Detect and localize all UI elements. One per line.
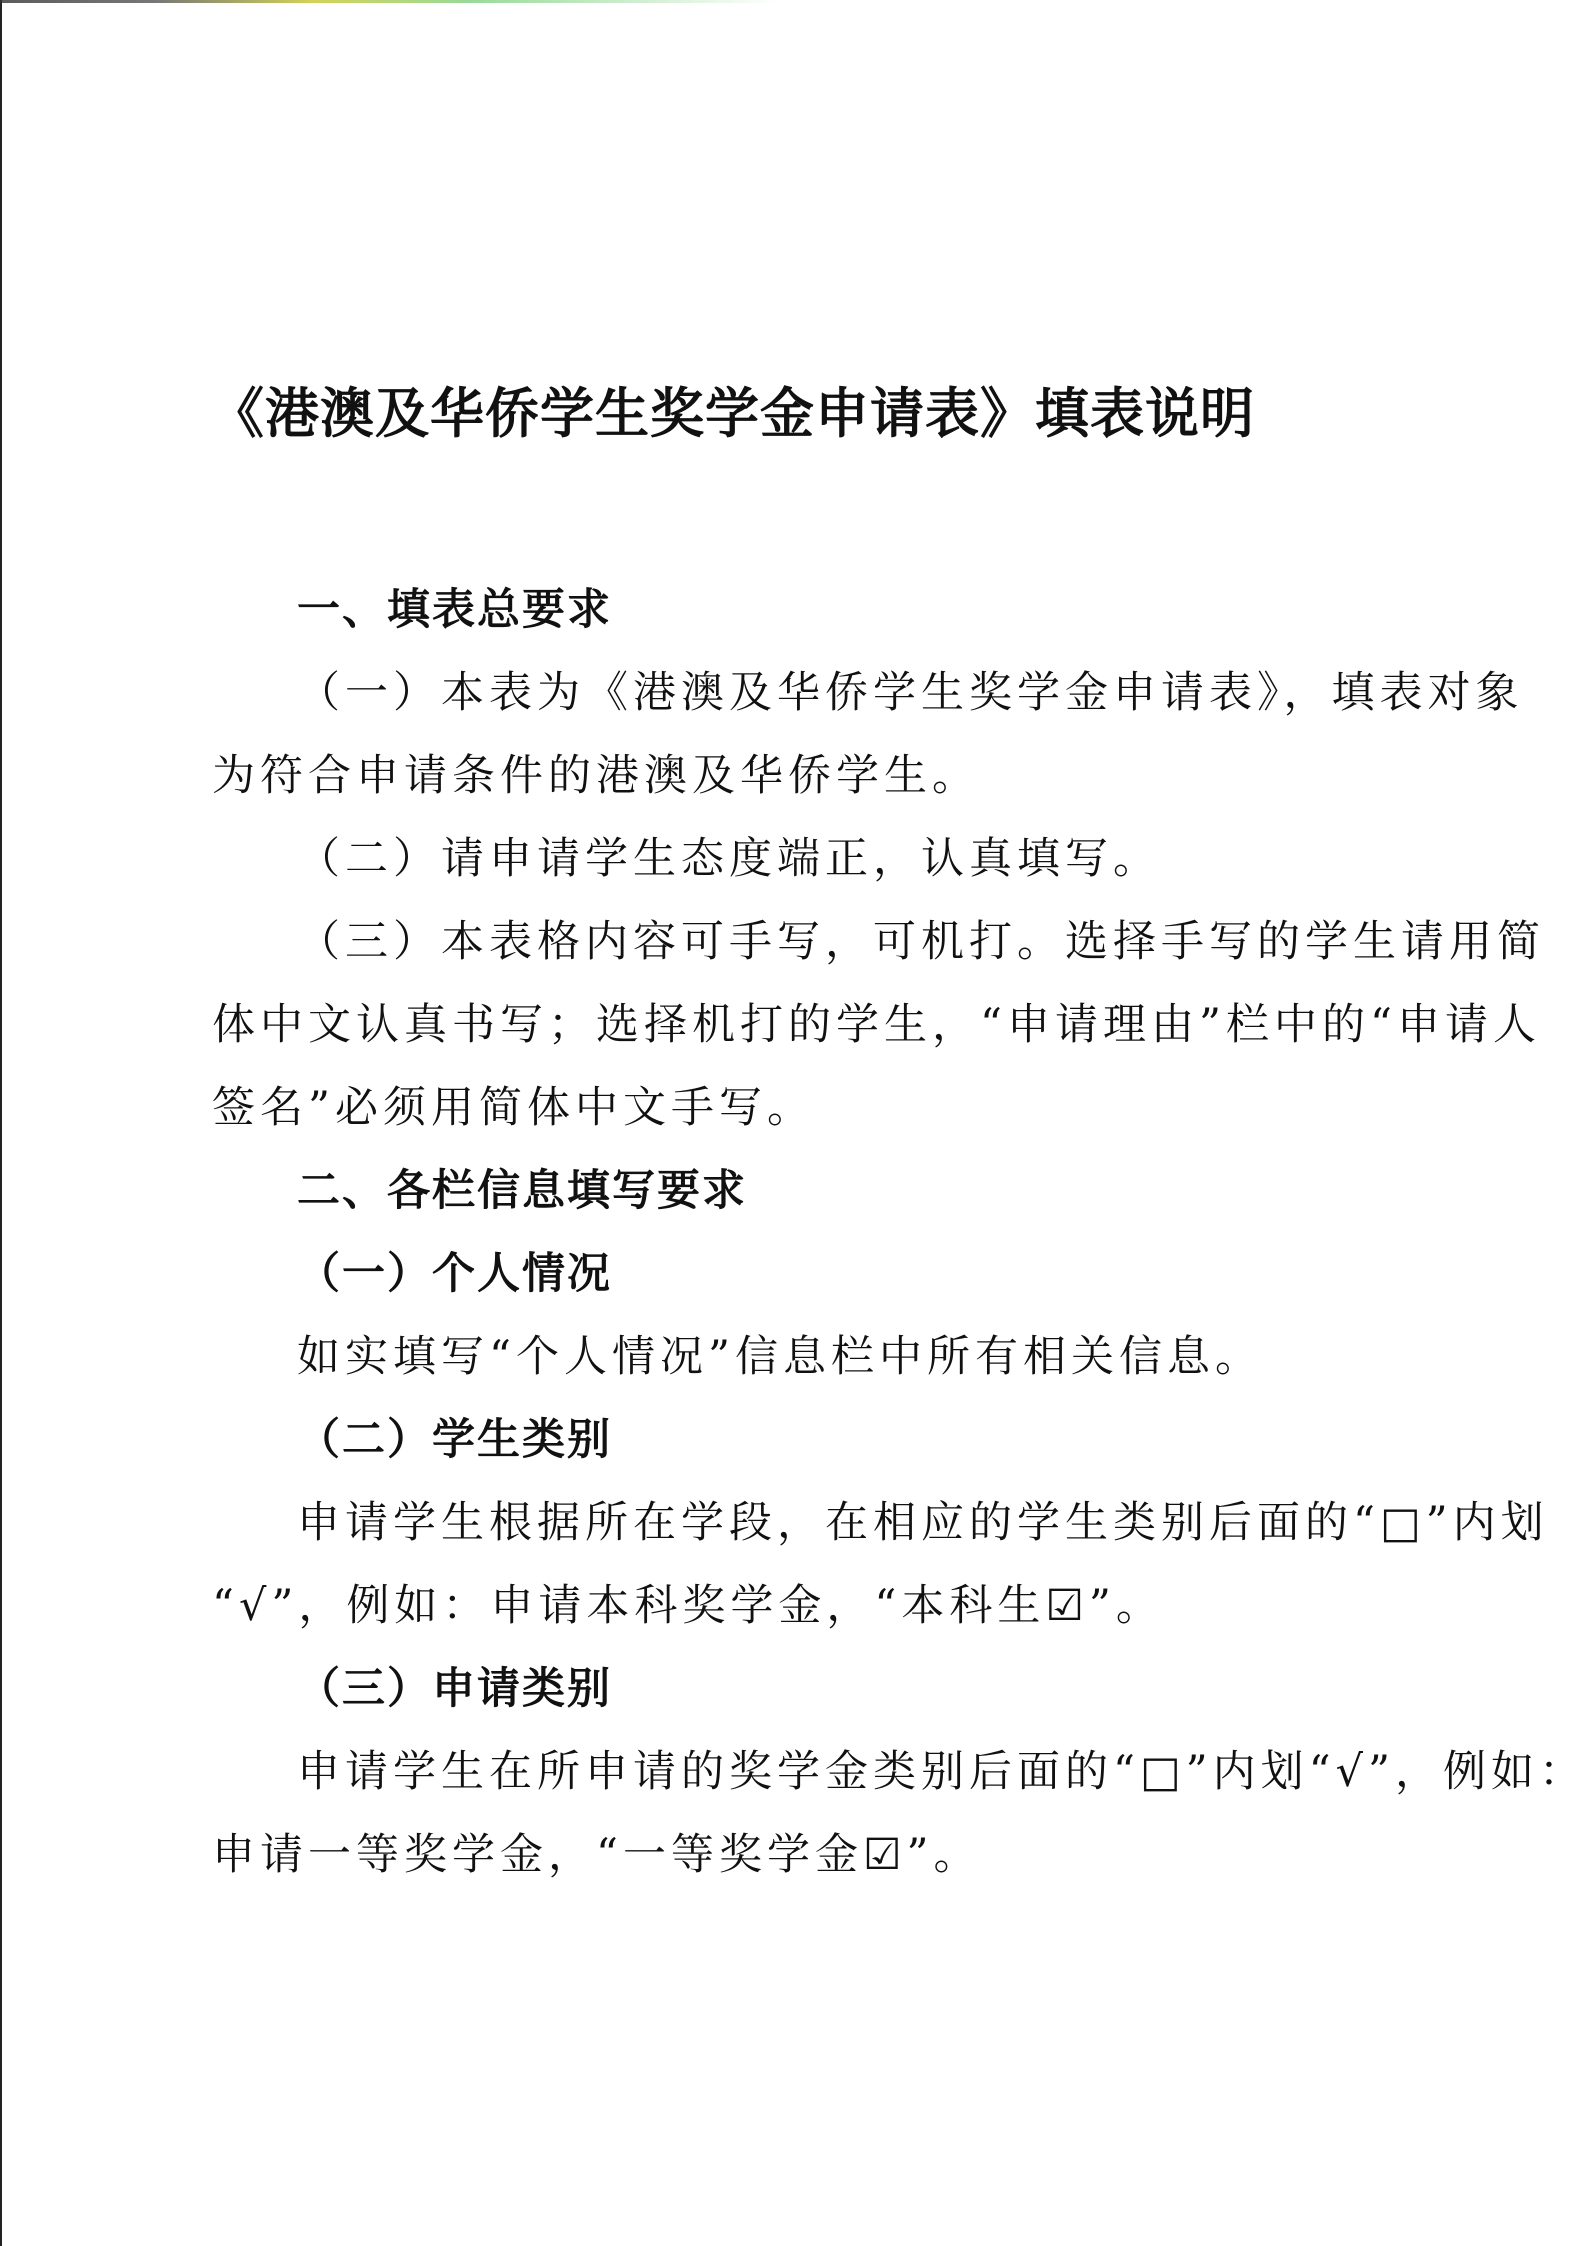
paragraph-line: 申请学生在所申请的奖学金类别后面的“□”内划“√”，例如：: [297, 1744, 1392, 1800]
section-heading-field-requirements: 二、各栏信息填写要求: [297, 1163, 747, 1219]
paragraph-line: 为符合申请条件的港澳及华侨学生。: [212, 748, 980, 804]
paragraph-line: （三）本表格内容可手写，可机打。选择手写的学生请用简: [297, 914, 1392, 970]
paragraph-line: 体中文认真书写；选择机打的学生，“申请理由”栏中的“申请人: [212, 997, 1392, 1053]
paragraph-line: 如实填写“个人情况”信息栏中所有相关信息。: [297, 1329, 1263, 1385]
paragraph-line: （二）请申请学生态度端正，认真填写。: [297, 831, 1161, 887]
paragraph-line: 申请学生根据所在学段，在相应的学生类别后面的“□”内划: [297, 1495, 1392, 1551]
paragraph-line: “√”，例如：申请本科奖学金，“本科生☑”。: [212, 1578, 1164, 1634]
subsection-heading-personal-info: （一）个人情况: [297, 1246, 612, 1302]
paragraph-line: （一）本表为《港澳及华侨学生奖学金申请表》，填表对象: [297, 665, 1392, 721]
subsection-heading-student-category: （二）学生类别: [297, 1412, 612, 1468]
paragraph-line: 申请一等奖学金，“一等奖学金☑”。: [212, 1827, 982, 1883]
document-page: 《港澳及华侨学生奖学金申请表》填表说明 一、填表总要求 （一）本表为《港澳及华侨…: [0, 0, 1578, 2246]
subsection-heading-application-category: （三）申请类别: [297, 1661, 612, 1717]
document-title: 《港澳及华侨学生奖学金申请表》填表说明: [210, 378, 1370, 450]
section-heading-general-requirements: 一、填表总要求: [297, 582, 612, 638]
paragraph-line: 签名”必须用简体中文手写。: [212, 1080, 815, 1136]
